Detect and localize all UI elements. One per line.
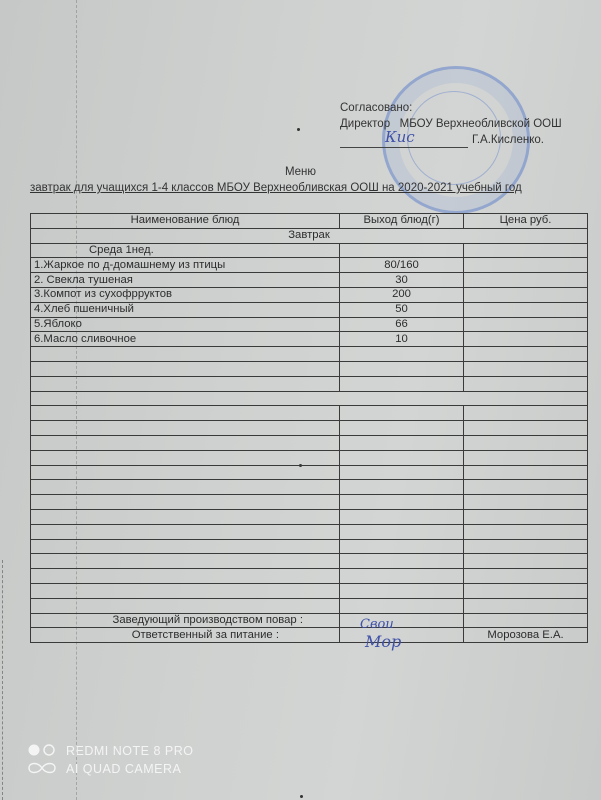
table-row: 2. Свекла тушеная30 bbox=[31, 273, 588, 288]
empty-cell bbox=[464, 465, 588, 480]
empty-cell bbox=[340, 509, 464, 524]
empty-cell bbox=[31, 495, 340, 510]
dish-name: 2. Свекла тушеная bbox=[31, 273, 340, 288]
empty-cell bbox=[464, 569, 588, 584]
empty-row bbox=[31, 421, 588, 436]
meal-label: Завтрак bbox=[31, 228, 588, 243]
dish-yield: 80/160 bbox=[340, 258, 464, 273]
menu-title: Меню bbox=[0, 166, 601, 178]
empty-row bbox=[31, 406, 588, 421]
empty-cell bbox=[31, 598, 340, 613]
empty-cell bbox=[464, 376, 588, 391]
empty-row bbox=[31, 554, 588, 569]
footer-row-chef: Заведующий производством повар : bbox=[31, 613, 588, 628]
table-row: 1.Жаркое по д-домашнему из птицы80/160 bbox=[31, 258, 588, 273]
empty-cell bbox=[464, 613, 588, 628]
dish-price bbox=[464, 258, 588, 273]
chef-label: Заведующий производством повар : bbox=[31, 613, 340, 628]
empty-cell bbox=[464, 598, 588, 613]
empty-cell bbox=[340, 495, 464, 510]
empty-cell bbox=[31, 465, 340, 480]
dish-price bbox=[464, 332, 588, 347]
empty-cell bbox=[340, 347, 464, 362]
responsible-signature-cell bbox=[340, 628, 464, 643]
empty-cell bbox=[31, 509, 340, 524]
dish-yield: 30 bbox=[340, 273, 464, 288]
empty-row bbox=[31, 347, 588, 362]
dish-price bbox=[464, 287, 588, 302]
empty-row bbox=[31, 376, 588, 391]
paper-edge bbox=[2, 560, 3, 800]
approval-director-name: Г.А.Кисленко. bbox=[472, 134, 544, 146]
empty-cell bbox=[464, 406, 588, 421]
approval-signature-line: Г.А.Кисленко. bbox=[340, 132, 562, 148]
empty-cell bbox=[31, 480, 340, 495]
empty-cell bbox=[31, 569, 340, 584]
empty-cell bbox=[31, 539, 340, 554]
day-label: Среда 1нед. bbox=[31, 243, 340, 258]
empty-cell bbox=[31, 376, 340, 391]
empty-cell bbox=[464, 539, 588, 554]
chef-signature: Свои bbox=[360, 617, 394, 632]
empty-cell bbox=[464, 583, 588, 598]
table-row: 6.Масло сливочное10 bbox=[31, 332, 588, 347]
responsible-name: Морозова Е.А. bbox=[464, 628, 588, 643]
empty-row bbox=[31, 480, 588, 495]
empty-cell bbox=[340, 524, 464, 539]
approval-block: Согласовано: Директор МБОУ Верхнеобливск… bbox=[340, 100, 562, 148]
responsible-label: Ответственный за питание : bbox=[31, 628, 340, 643]
dish-name: 4.Хлеб пшеничный bbox=[31, 302, 340, 317]
dish-price bbox=[464, 302, 588, 317]
dish-name: 1.Жаркое по д-домашнему из птицы bbox=[31, 258, 340, 273]
empty-cell bbox=[464, 495, 588, 510]
speck bbox=[297, 128, 300, 131]
empty-cell bbox=[340, 435, 464, 450]
menu-table-body: Наименование блюд Выход блюд(г) Цена руб… bbox=[31, 214, 588, 643]
dish-name: 5.Яблоко bbox=[31, 317, 340, 332]
dish-yield: 200 bbox=[340, 287, 464, 302]
dish-yield: 66 bbox=[340, 317, 464, 332]
day-row: Среда 1нед. bbox=[31, 243, 588, 258]
dish-yield: 50 bbox=[340, 302, 464, 317]
empty-cell bbox=[31, 435, 340, 450]
empty-cell bbox=[340, 376, 464, 391]
empty-row bbox=[31, 583, 588, 598]
empty-cell bbox=[31, 421, 340, 436]
empty-row bbox=[31, 569, 588, 584]
empty-row bbox=[31, 465, 588, 480]
empty-cell bbox=[31, 554, 340, 569]
empty-cell bbox=[464, 421, 588, 436]
empty-cell bbox=[464, 347, 588, 362]
empty-cell bbox=[340, 361, 464, 376]
dish-yield: 10 bbox=[340, 332, 464, 347]
menu-subtitle: завтрак для учащихся 1-4 классов МБОУ Ве… bbox=[30, 182, 522, 194]
column-header-name: Наименование блюд bbox=[31, 214, 340, 229]
dish-name: 6.Масло сливочное bbox=[31, 332, 340, 347]
table-row: 3.Компот из сухофрруктов200 bbox=[31, 287, 588, 302]
empty-cell bbox=[340, 243, 464, 258]
footer-row-responsible: Ответственный за питание :Морозова Е.А. bbox=[31, 628, 588, 643]
empty-row bbox=[31, 435, 588, 450]
empty-cell bbox=[31, 583, 340, 598]
speck bbox=[300, 795, 303, 798]
empty-cell bbox=[464, 509, 588, 524]
empty-cell bbox=[31, 391, 588, 406]
empty-cell bbox=[31, 406, 340, 421]
watermark-camera: AI QUAD CAMERA bbox=[66, 760, 193, 778]
empty-row bbox=[31, 539, 588, 554]
empty-cell bbox=[464, 524, 588, 539]
dish-name: 3.Компот из сухофрруктов bbox=[31, 287, 340, 302]
empty-cell bbox=[31, 361, 340, 376]
dish-price bbox=[464, 273, 588, 288]
empty-row bbox=[31, 598, 588, 613]
empty-row bbox=[31, 495, 588, 510]
empty-cell bbox=[464, 480, 588, 495]
column-header-price: Цена руб. bbox=[464, 214, 588, 229]
empty-cell bbox=[340, 554, 464, 569]
empty-cell bbox=[340, 406, 464, 421]
empty-row bbox=[31, 450, 588, 465]
meal-row: Завтрак bbox=[31, 228, 588, 243]
empty-cell bbox=[464, 435, 588, 450]
empty-row bbox=[31, 524, 588, 539]
empty-cell bbox=[31, 524, 340, 539]
empty-cell bbox=[464, 554, 588, 569]
empty-cell bbox=[340, 421, 464, 436]
chef-signature-cell bbox=[340, 613, 464, 628]
table-row: 5.Яблоко66 bbox=[31, 317, 588, 332]
empty-cell bbox=[464, 450, 588, 465]
menu-table: Наименование блюд Выход блюд(г) Цена руб… bbox=[30, 213, 588, 643]
approval-label: Согласовано: bbox=[340, 100, 562, 116]
empty-cell bbox=[464, 243, 588, 258]
empty-cell bbox=[31, 347, 340, 362]
empty-row bbox=[31, 509, 588, 524]
empty-row bbox=[31, 361, 588, 376]
camera-logo-icon bbox=[26, 742, 58, 778]
table-header-row: Наименование блюд Выход блюд(г) Цена руб… bbox=[31, 214, 588, 229]
empty-cell bbox=[340, 450, 464, 465]
empty-cell bbox=[464, 361, 588, 376]
separator-row bbox=[31, 391, 588, 406]
empty-cell bbox=[340, 480, 464, 495]
empty-cell bbox=[340, 465, 464, 480]
camera-watermark: REDMI NOTE 8 PRO AI QUAD CAMERA bbox=[26, 742, 193, 778]
empty-cell bbox=[340, 539, 464, 554]
table-row: 4.Хлеб пшеничный50 bbox=[31, 302, 588, 317]
empty-cell bbox=[31, 450, 340, 465]
responsible-signature: Мор bbox=[365, 632, 401, 651]
column-header-yield: Выход блюд(г) bbox=[340, 214, 464, 229]
empty-cell bbox=[340, 569, 464, 584]
dish-price bbox=[464, 317, 588, 332]
empty-cell bbox=[340, 583, 464, 598]
watermark-model: REDMI NOTE 8 PRO bbox=[66, 742, 193, 760]
approval-director: Директор МБОУ Верхнеобливской ООШ bbox=[340, 116, 562, 132]
director-signature: Кис bbox=[385, 128, 415, 146]
empty-cell bbox=[340, 598, 464, 613]
document-photo: Согласовано: Директор МБОУ Верхнеобливск… bbox=[0, 0, 601, 800]
